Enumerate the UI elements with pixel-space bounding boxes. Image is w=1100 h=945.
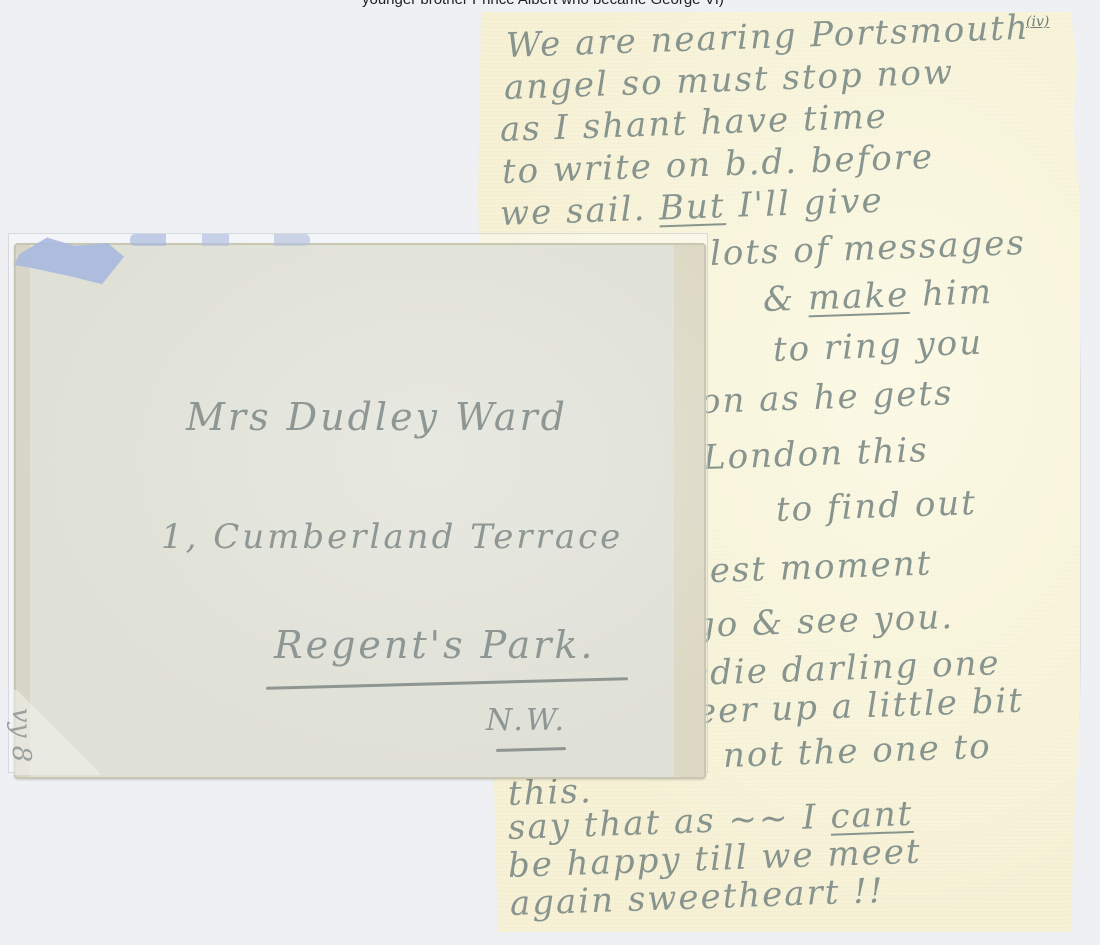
letter-line: lots of messages [709,223,1026,274]
letter-line: on as he gets [699,373,954,422]
letter-line: best moment [685,543,933,592]
torn-flap-edge [130,234,310,246]
envelope-underline-1 [266,677,628,689]
letter-line: to ring you [772,323,983,370]
image-caption: younger brother Prince Albert who became… [362,0,724,9]
envelope-underline-2 [496,747,566,752]
envelope: Mrs Dudley Ward 1, Cumberland Terrace Re… [14,243,706,779]
envelope-address-line-2: Regent's Park. [274,623,595,667]
envelope-address-line-1: 1, Cumberland Terrace [161,517,623,557]
envelope-recipient: Mrs Dudley Ward [186,395,568,439]
envelope-side-note: vy 8 [6,708,36,762]
letter-line: go & see you. [692,597,954,646]
letter-line: & make him [762,272,993,320]
envelope-address-line-3: N.W. [486,703,567,738]
letter-line: London this [702,430,929,478]
letter-line: not the one to [722,727,992,776]
letter-line: to find out [775,483,977,530]
